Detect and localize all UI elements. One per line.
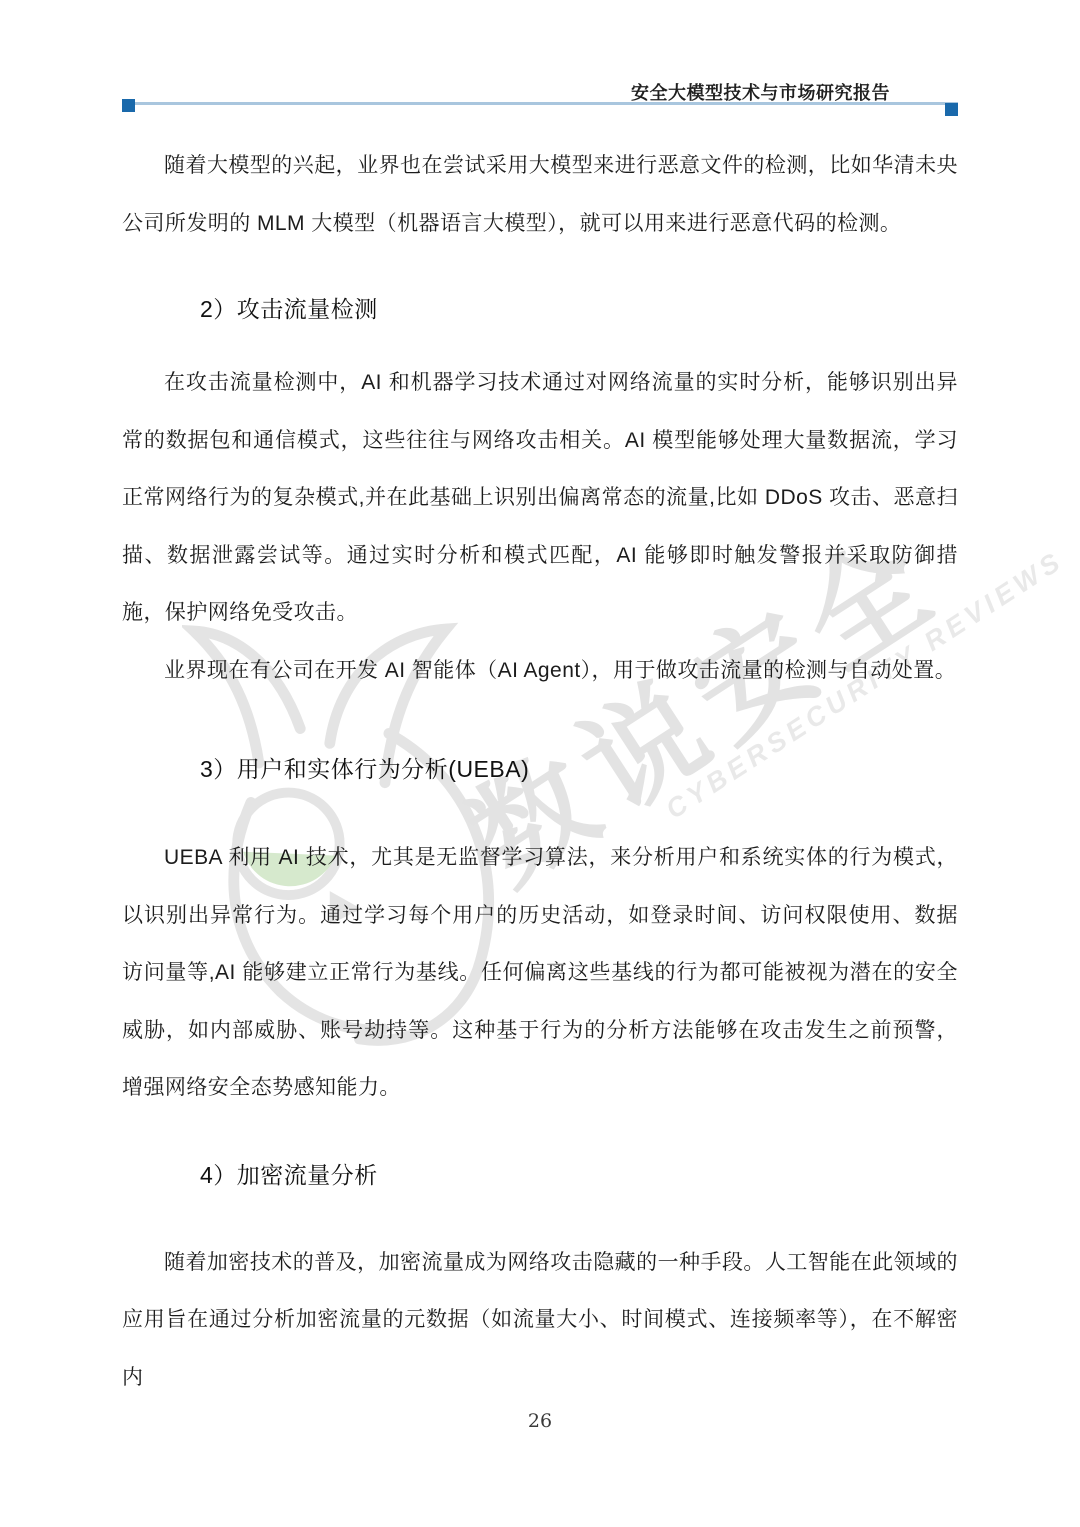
paragraph-malware-detection: 随着大模型的兴起，业界也在尝试采用大模型来进行恶意文件的检测，比如华清未央公司所… (122, 137, 958, 252)
heading-ueba: 3）用户和实体行为分析(UEBA) (200, 754, 958, 784)
header-rule (122, 102, 958, 105)
rule-left-square (122, 99, 135, 112)
heading-attack-traffic-detection: 2）攻击流量检测 (200, 294, 958, 324)
document-page: 安全大模型技术与市场研究报告 数说安全 CYBERSECURITY REVIEW… (0, 0, 1080, 1527)
heading-encrypted-traffic: 4）加密流量分析 (200, 1160, 958, 1190)
page-footer: 26 (0, 1410, 1080, 1432)
rule-right-square (945, 103, 958, 116)
page-number: 26 (528, 1410, 552, 1432)
paragraph-ueba: UEBA 利用 AI 技术，尤其是无监督学习算法，来分析用户和系统实体的行为模式… (122, 829, 958, 1117)
paragraph-attack-traffic: 在攻击流量检测中，AI 和机器学习技术通过对网络流量的实时分析，能够识别出异常的… (122, 354, 958, 642)
paragraph-ai-agent: 业界现在有公司在开发 AI 智能体（AI Agent），用于做攻击流量的检测与自… (122, 642, 958, 700)
paragraph-encrypted-traffic: 随着加密技术的普及，加密流量成为网络攻击隐藏的一种手段。人工智能在此领域的应用旨… (122, 1234, 958, 1407)
body-text: 随着大模型的兴起，业界也在尝试采用大模型来进行恶意文件的检测，比如华清未央公司所… (122, 137, 958, 1406)
